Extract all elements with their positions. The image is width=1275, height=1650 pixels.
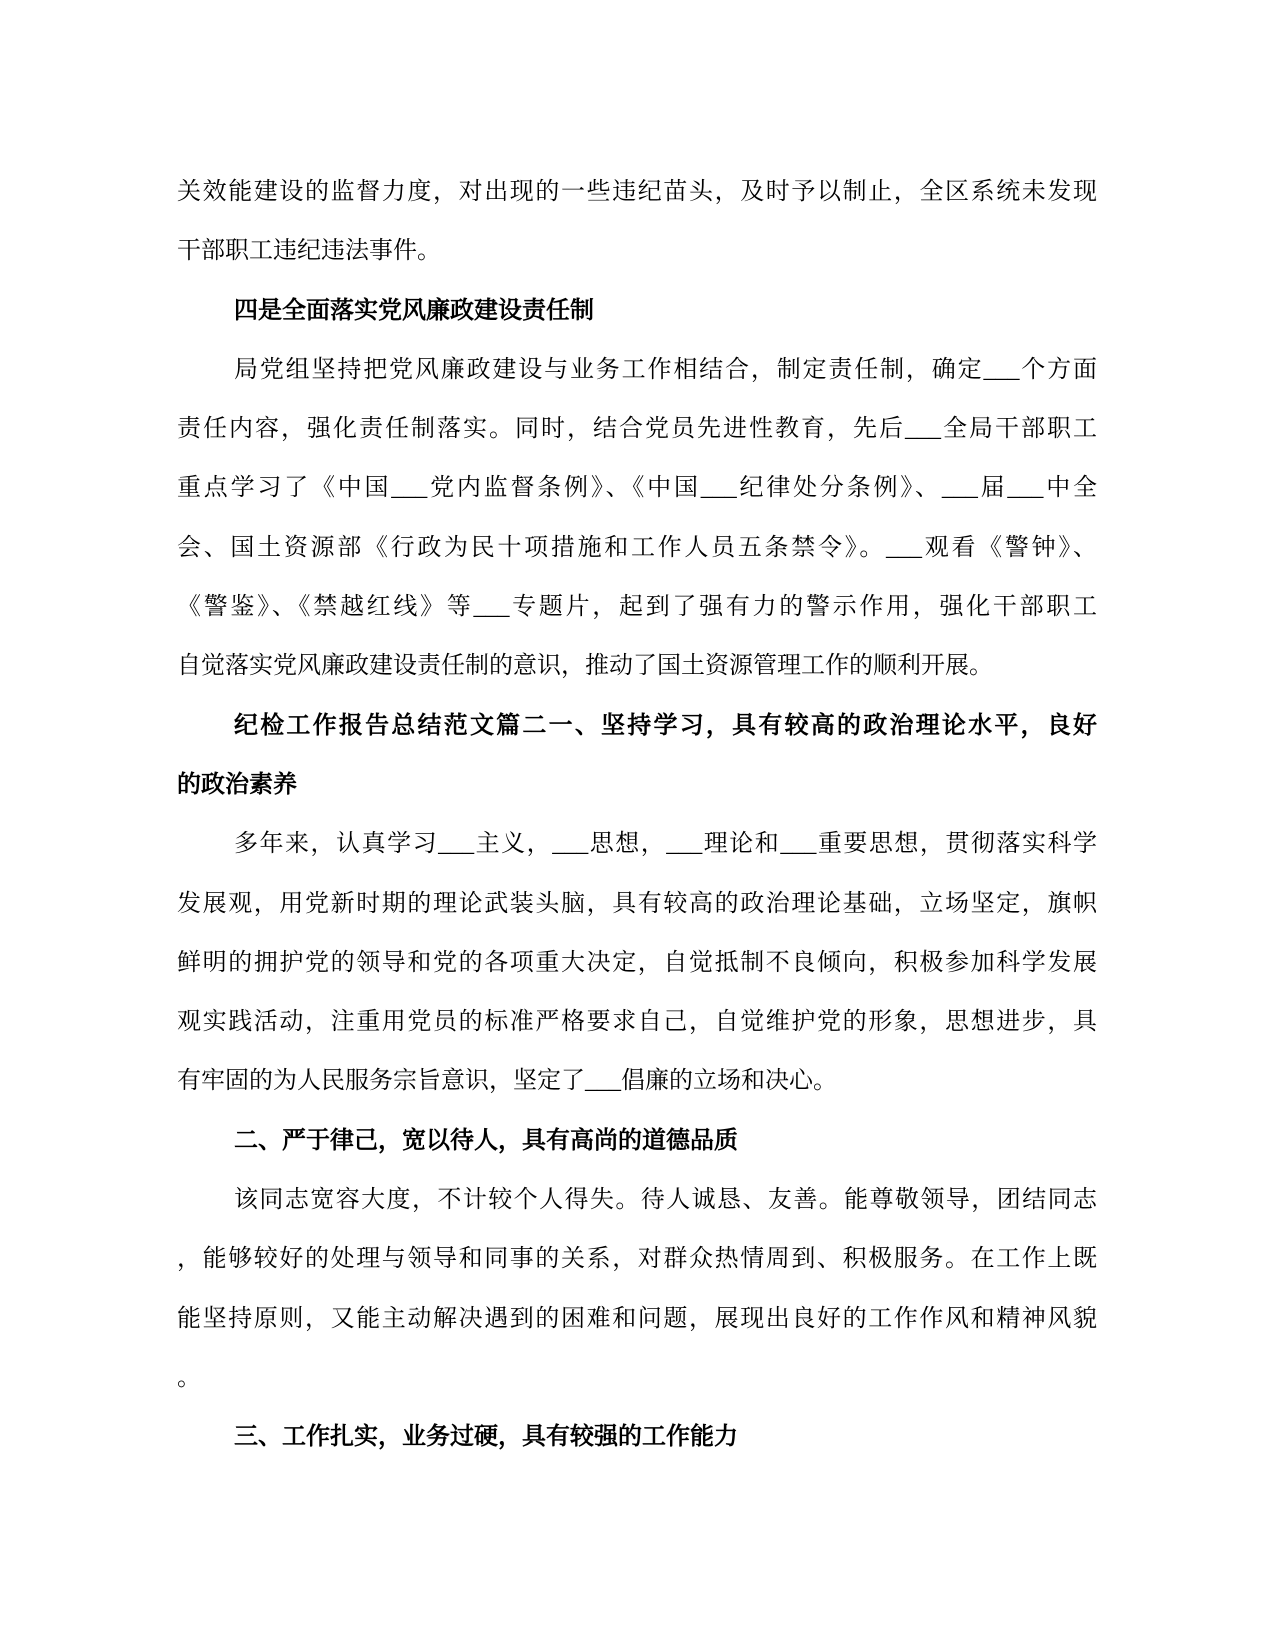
document-page: 关效能建设的监督力度，对出现的一些违纪苗头，及时予以制止，全区系统未发现干部职工… [0, 0, 1275, 1650]
text-line: 该同志宽容大度，不计较个人得失。待人诚恳、友善。能尊敬领导，团结同志 [177, 1171, 1097, 1230]
heading-line: 三、工作扎实，业务过硬，具有较强的工作能力 [177, 1408, 1097, 1467]
text-line: 关效能建设的监督力度，对出现的一些违纪苗头，及时予以制止，全区系统未发现 [177, 163, 1097, 222]
text-line: 自觉落实党风廉政建设责任制的意识，推动了国土资源管理工作的顺利开展。 [177, 637, 1097, 696]
text-line: 有牢固的为人民服务宗旨意识，坚定了___倡廉的立场和决心。 [177, 1052, 1097, 1111]
text-line: 发展观，用党新时期的理论武装头脑，具有较高的政治理论基础，立场坚定，旗帜 [177, 875, 1097, 934]
document-content: 关效能建设的监督力度，对出现的一些违纪苗头，及时予以制止，全区系统未发现干部职工… [177, 163, 1097, 1468]
text-line: 重点学习了《中国___党内监督条例》、《中国___纪律处分条例》、___届___… [177, 459, 1097, 518]
text-line: 观实践活动，注重用党员的标准严格要求自己，自觉维护党的形象，思想进步，具 [177, 993, 1097, 1052]
text-line: 能坚持原则，又能主动解决遇到的困难和问题，展现出良好的工作作风和精神风貌 [177, 1290, 1097, 1349]
text-line: 局党组坚持把党风廉政建设与业务工作相结合，制定责任制，确定___个方面 [177, 341, 1097, 400]
text-line: 。 [177, 1349, 1097, 1408]
text-line: 干部职工违纪违法事件。 [177, 222, 1097, 281]
text-line: 责任内容，强化责任制落实。同时，结合党员先进性教育，先后___全局干部职工 [177, 400, 1097, 459]
heading-line: 四是全面落实党风廉政建设责任制 [177, 282, 1097, 341]
heading-line: 纪检工作报告总结范文篇二一、坚持学习，具有较高的政治理论水平，良好 [177, 697, 1097, 756]
heading-line: 二、严于律己，宽以待人，具有高尚的道德品质 [177, 1112, 1097, 1171]
text-line: 《警鉴》、《禁越红线》等___专题片，起到了强有力的警示作用，强化干部职工 [177, 578, 1097, 637]
text-line: 会、国土资源部《行政为民十项措施和工作人员五条禁令》。___观看《警钟》、 [177, 519, 1097, 578]
text-line: ，能够较好的处理与领导和同事的关系，对群众热情周到、积极服务。在工作上既 [177, 1230, 1097, 1289]
heading-line: 的政治素养 [177, 756, 1097, 815]
text-line: 鲜明的拥护党的领导和党的各项重大决定，自觉抵制不良倾向，积极参加科学发展 [177, 934, 1097, 993]
text-line: 多年来，认真学习___主义，___思想，___理论和___重要思想，贯彻落实科学 [177, 815, 1097, 874]
